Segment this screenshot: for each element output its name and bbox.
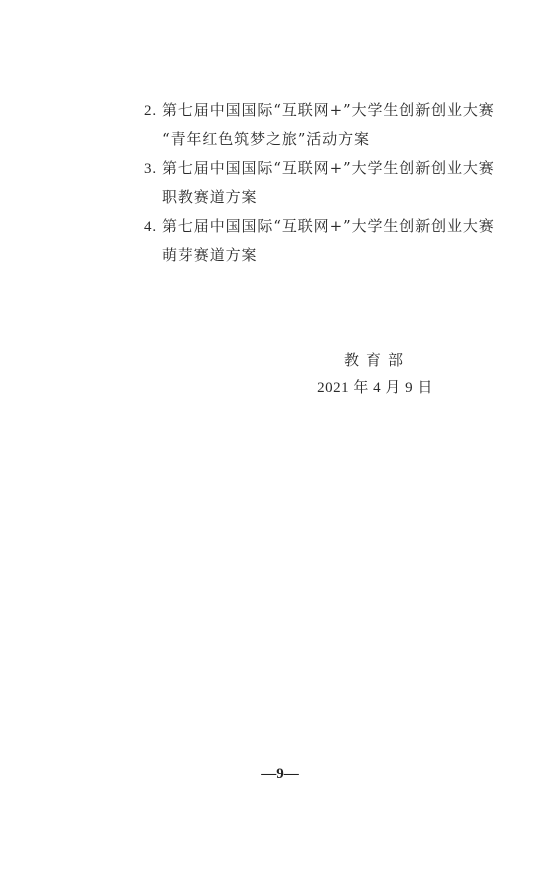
attachment-item-3: 3.第七届中国国际“互联网+”大学生创新创业大赛 — [144, 154, 489, 183]
page-number: —9— — [240, 762, 320, 786]
attachment-title-line-2: “青年红色筑梦之旅”活动方案 — [162, 130, 370, 148]
attachment-title-line-1: 第七届中国国际“互联网+”大学生创新创业大赛 — [162, 217, 495, 235]
issuing-organization: 教育部 — [300, 346, 450, 374]
attachment-number: 2. — [144, 97, 162, 126]
attachment-item-4: 4.第七届中国国际“互联网+”大学生创新创业大赛 — [144, 212, 489, 241]
attachment-title-line-2: 萌芽赛道方案 — [162, 246, 257, 264]
attachment-title-line-1: 第七届中国国际“互联网+”大学生创新创业大赛 — [162, 159, 495, 177]
signature-block: 教育部 2021 年 4 月 9 日 — [300, 346, 450, 402]
attachment-item-4-continuation: 萌芽赛道方案 — [144, 241, 489, 270]
attachment-number: 3. — [144, 155, 162, 184]
attachment-item-2: 2.第七届中国国际“互联网+”大学生创新创业大赛 — [144, 96, 489, 125]
attachment-list: 2.第七届中国国际“互联网+”大学生创新创业大赛 “青年红色筑梦之旅”活动方案 … — [144, 96, 489, 270]
issue-date: 2021 年 4 月 9 日 — [300, 374, 450, 402]
attachment-title-line-1: 第七届中国国际“互联网+”大学生创新创业大赛 — [162, 101, 495, 119]
attachment-title-line-2: 职教赛道方案 — [162, 188, 257, 206]
attachment-item-3-continuation: 职教赛道方案 — [144, 183, 489, 212]
attachment-number: 4. — [144, 213, 162, 242]
attachment-item-2-continuation: “青年红色筑梦之旅”活动方案 — [144, 125, 489, 154]
